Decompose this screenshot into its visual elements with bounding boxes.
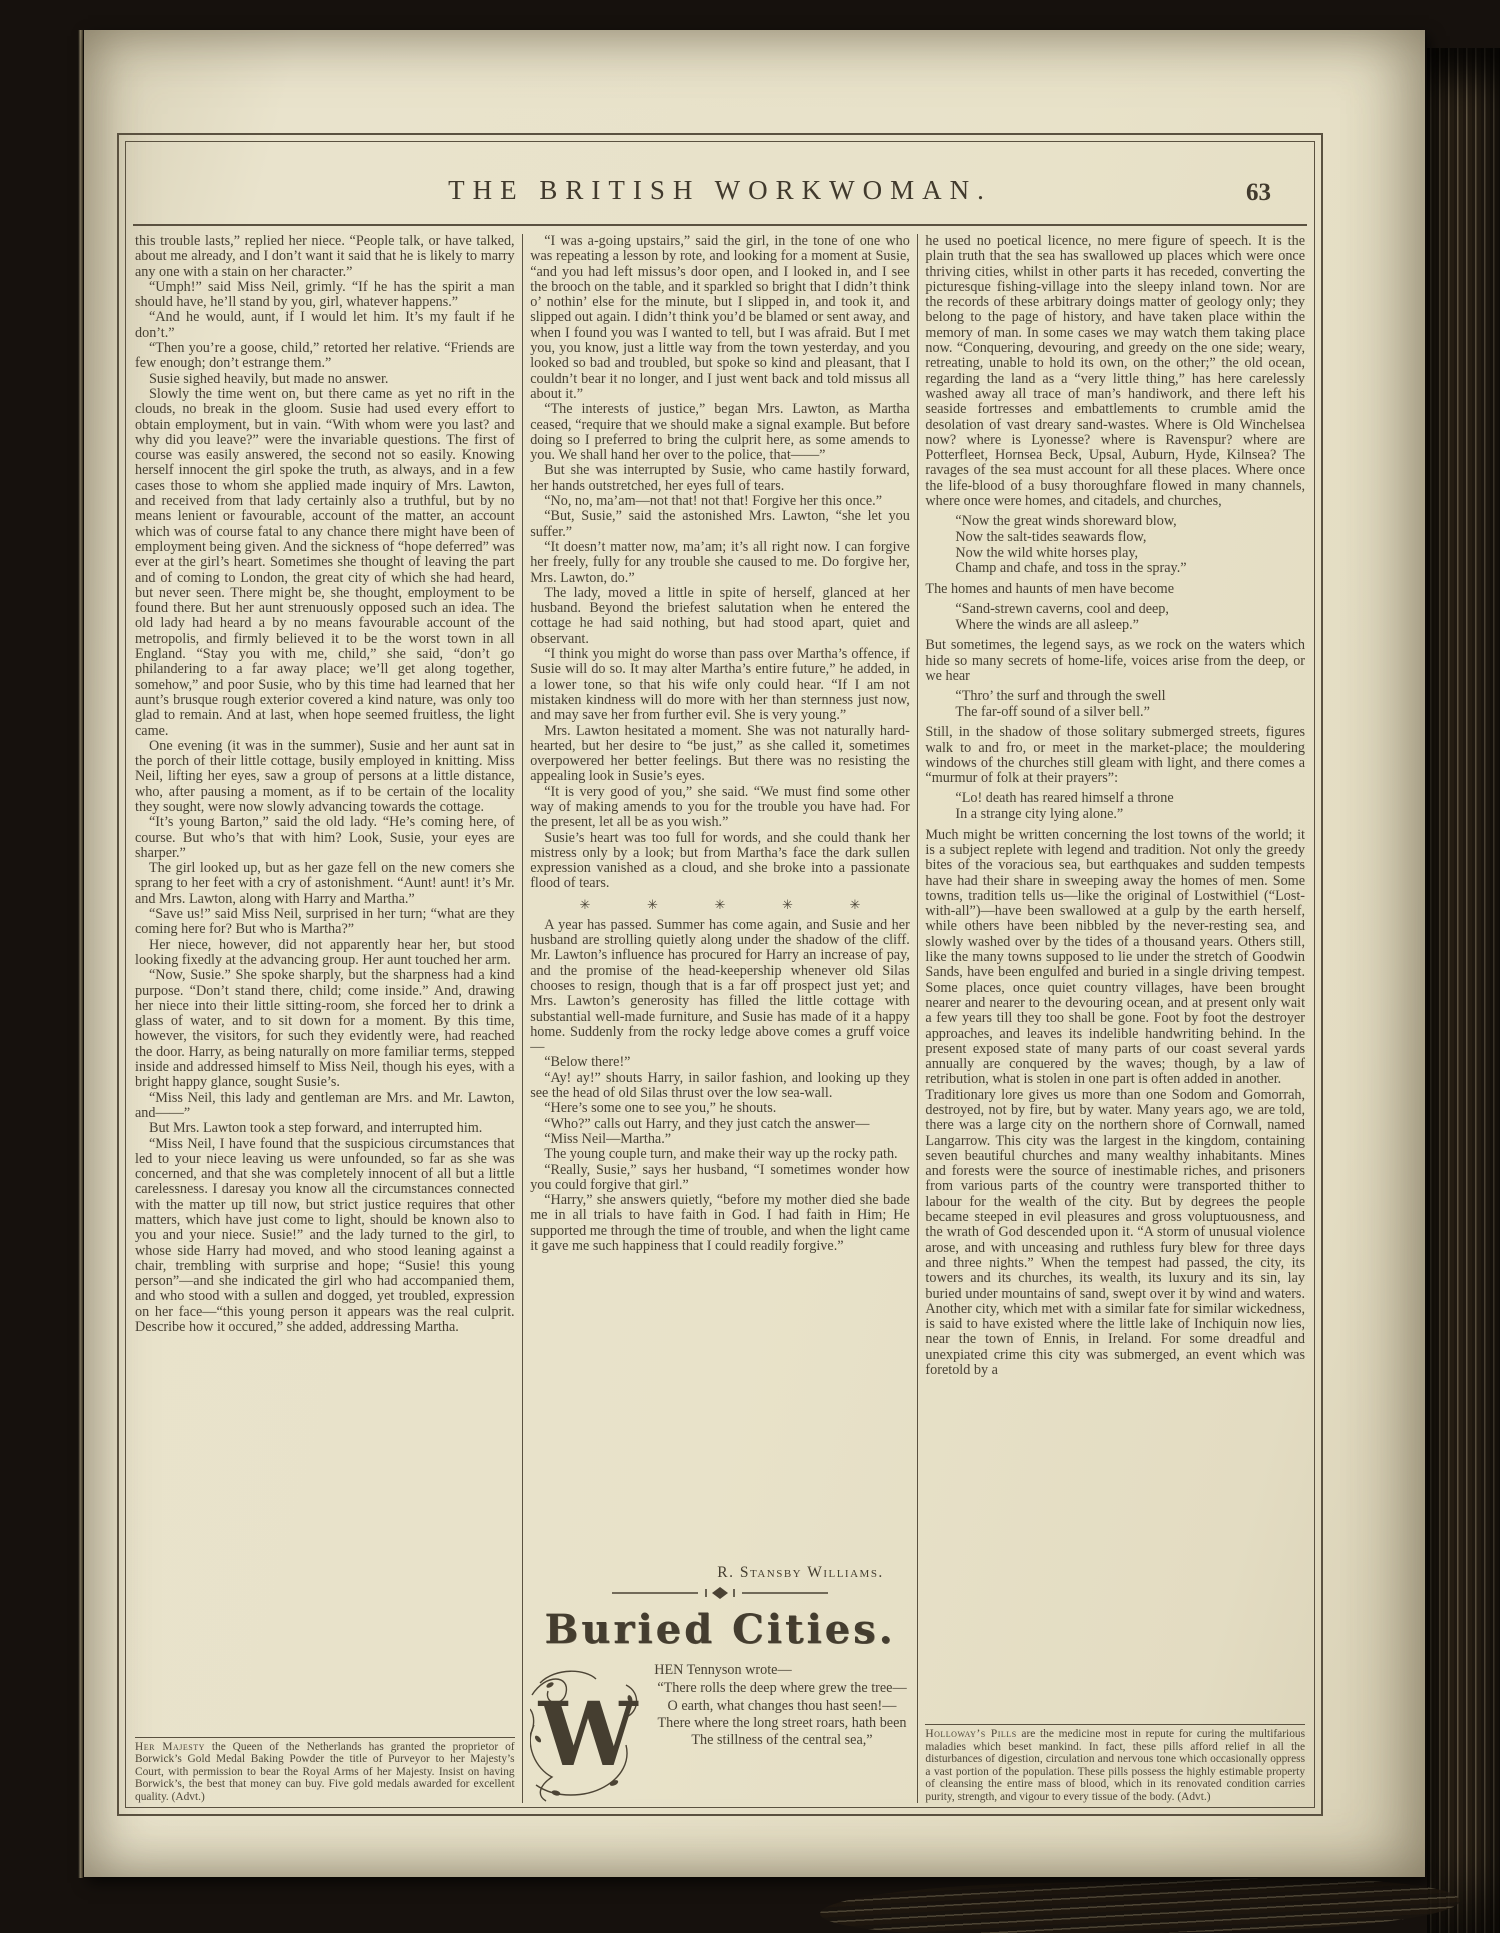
paragraph: “Then you’re a goose, child,” retorted h… bbox=[135, 341, 515, 372]
verse-line: “Now the great winds shoreward blow, bbox=[955, 514, 1305, 530]
publication-title: THE BRITISH WORKWOMAN. bbox=[119, 175, 1321, 206]
paragraph: “It is very good of you,” she said. “We … bbox=[530, 785, 910, 831]
paragraph: “Really, Susie,” says her husband, “I so… bbox=[530, 1163, 910, 1194]
asterisk: ✳ bbox=[782, 897, 793, 913]
paragraph: “Now, Susie.” She spoke sharply, but the… bbox=[135, 968, 515, 1090]
verse-line: “Sand-strewn caverns, cool and deep, bbox=[955, 602, 1305, 618]
paragraph: “It’s young Barton,” said the old lady. … bbox=[135, 815, 515, 861]
columns: this trouble lasts,” replied her niece. … bbox=[135, 234, 1305, 1803]
story-part-1: “I was a-going upstairs,” said the girl,… bbox=[530, 234, 910, 892]
verse-line: Where the winds are all asleep.” bbox=[955, 618, 1305, 634]
paragraph: “Harry,” she answers quietly, “before my… bbox=[530, 1193, 910, 1254]
paragraph: “Umph!” said Miss Neil, grimly. “If he h… bbox=[135, 280, 515, 311]
paragraph: “Below there!” bbox=[530, 1055, 910, 1070]
verse-line: Now the wild white horses play, bbox=[955, 546, 1305, 562]
story-text-column-1: this trouble lasts,” replied her niece. … bbox=[135, 234, 515, 1733]
paragraph: “It doesn’t matter now, ma’am; it’s all … bbox=[530, 540, 910, 586]
verse-line: The far-off sound of a silver bell.” bbox=[955, 705, 1305, 721]
column-1: this trouble lasts,” replied her niece. … bbox=[135, 234, 515, 1803]
paragraph: But Mrs. Lawton took a step forward, and… bbox=[135, 1121, 515, 1136]
paragraph: One evening (it was in the summer), Susi… bbox=[135, 739, 515, 815]
paragraph: Susie’s heart was too full for words, an… bbox=[530, 831, 910, 892]
paragraph: Slowly the time went on, but there came … bbox=[135, 387, 515, 739]
verse-line: Now the salt-tides seawards flow, bbox=[955, 530, 1305, 546]
paragraph: Still, in the shadow of those solitary s… bbox=[925, 725, 1305, 786]
author-signature: R. Stansby Williams. bbox=[530, 1564, 910, 1582]
paragraph: “I think you might do worse than pass ov… bbox=[530, 647, 910, 723]
ornate-initial-W-woodcut: W bbox=[530, 1665, 648, 1803]
paragraph: Her niece, however, did not apparently h… bbox=[135, 938, 515, 969]
paragraph: “And he would, aunt, if I would let him.… bbox=[135, 310, 515, 341]
paragraph: The girl looked up, but as her gaze fell… bbox=[135, 861, 515, 907]
paragraph: “Here’s some one to see you,” he shouts. bbox=[530, 1101, 910, 1116]
paragraph: “I was a-going upstairs,” said the girl,… bbox=[530, 234, 910, 402]
story-text-column-2: “I was a-going upstairs,” said the girl,… bbox=[530, 234, 910, 1561]
paragraph: Traditionary lore gives us more than one… bbox=[925, 1088, 1305, 1379]
paragraph: “Miss Neil, I have found that the suspic… bbox=[135, 1137, 515, 1336]
paragraph: “Who?” calls out Harry, and they just ca… bbox=[530, 1117, 910, 1132]
asterisk: ✳ bbox=[715, 897, 726, 913]
advert-footnote-holloway: Holloway’s Pills are the medicine most i… bbox=[925, 1724, 1305, 1803]
column-separator-rule bbox=[522, 234, 524, 1803]
section-divider-ornament bbox=[610, 1586, 830, 1600]
column-2: “I was a-going upstairs,” said the girl,… bbox=[530, 234, 910, 1803]
verse-quote: “Sand-strewn caverns, cool and deep,Wher… bbox=[955, 602, 1305, 633]
paragraph: “No, no, ma’am—not that! not that! Forgi… bbox=[530, 494, 910, 509]
paragraph: A year has passed. Summer has come again… bbox=[530, 918, 910, 1056]
story-part-2: A year has passed. Summer has come again… bbox=[530, 918, 910, 1255]
story-end-block: R. Stansby Williams. Buried Cities. bbox=[530, 1561, 910, 1803]
paragraph: “The interests of justice,” began Mrs. L… bbox=[530, 402, 910, 463]
column-3: he used no poetical licence, no mere fig… bbox=[925, 234, 1305, 1803]
verse-line: In a strange city lying alone.” bbox=[955, 807, 1305, 823]
article-title-buried-cities: Buried Cities. bbox=[530, 1606, 910, 1653]
paragraph: “Miss Neil—Martha.” bbox=[530, 1132, 910, 1147]
asterisk-section-break: ✳✳✳✳✳ bbox=[580, 897, 861, 913]
paragraph: he used no poetical licence, no mere fig… bbox=[925, 234, 1305, 509]
book-page-edges-bottom bbox=[820, 1874, 1461, 1933]
paragraph: “Ay! ay!” shouts Harry, in sailor fashio… bbox=[530, 1071, 910, 1102]
paragraph: The homes and haunts of men have become bbox=[925, 582, 1305, 597]
verse-line: “Lo! death has reared himself a throne bbox=[955, 791, 1305, 807]
book-fore-edge bbox=[1427, 48, 1500, 1933]
column-separator-rule bbox=[917, 234, 919, 1803]
asterisk: ✳ bbox=[850, 897, 861, 913]
paragraph: The lady, moved a little in spite of her… bbox=[530, 586, 910, 647]
asterisk: ✳ bbox=[647, 897, 658, 913]
paragraph: “Save us!” said Miss Neil, surprised in … bbox=[135, 907, 515, 938]
svg-text:W: W bbox=[538, 1682, 639, 1786]
paragraph: “Miss Neil, this lady and gentleman are … bbox=[135, 1091, 515, 1122]
paragraph: this trouble lasts,” replied her niece. … bbox=[135, 234, 515, 280]
paragraph: But she was interrupted by Susie, who ca… bbox=[530, 463, 910, 494]
paragraph: Susie sighed heavily, but made no answer… bbox=[135, 372, 515, 387]
page-number: 63 bbox=[1246, 179, 1271, 207]
paragraph: Mrs. Lawton hesitated a moment. She was … bbox=[530, 724, 910, 785]
essay-text-column-3: he used no poetical licence, no mere fig… bbox=[925, 234, 1305, 1720]
article-opening-block: W HEN Tennyson wrote— “There rolls the d… bbox=[530, 1663, 910, 1748]
page: THE BRITISH WORKWOMAN. 63 this trouble l… bbox=[84, 30, 1425, 1877]
verse-line: “Thro’ the surf and through the swell bbox=[955, 689, 1305, 705]
asterisk: ✳ bbox=[580, 897, 591, 913]
page-border: THE BRITISH WORKWOMAN. 63 this trouble l… bbox=[117, 133, 1323, 1816]
verse-quote: “Thro’ the surf and through the swellThe… bbox=[955, 689, 1305, 720]
advert-lead: Her Majesty bbox=[135, 1741, 205, 1753]
verse-line: Champ and chafe, and toss in the spray.” bbox=[955, 561, 1305, 577]
paragraph: But sometimes, the legend says, as we ro… bbox=[925, 638, 1305, 684]
book-gutter-edge bbox=[78, 30, 83, 1878]
verse-quote: “Lo! death has reared himself a throneIn… bbox=[955, 791, 1305, 822]
header-rule bbox=[133, 224, 1307, 226]
advert-footnote-borwick: Her Majesty the Queen of the Netherlands… bbox=[135, 1737, 515, 1804]
paragraph: The young couple turn, and make their wa… bbox=[530, 1147, 910, 1162]
advert-lead: Holloway’s Pills bbox=[925, 1728, 1016, 1740]
verse-quote: “Now the great winds shoreward blow,Now … bbox=[955, 514, 1305, 576]
paragraph: “But, Susie,” said the astonished Mrs. L… bbox=[530, 509, 910, 540]
paragraph: Much might be written concerning the los… bbox=[925, 828, 1305, 1088]
